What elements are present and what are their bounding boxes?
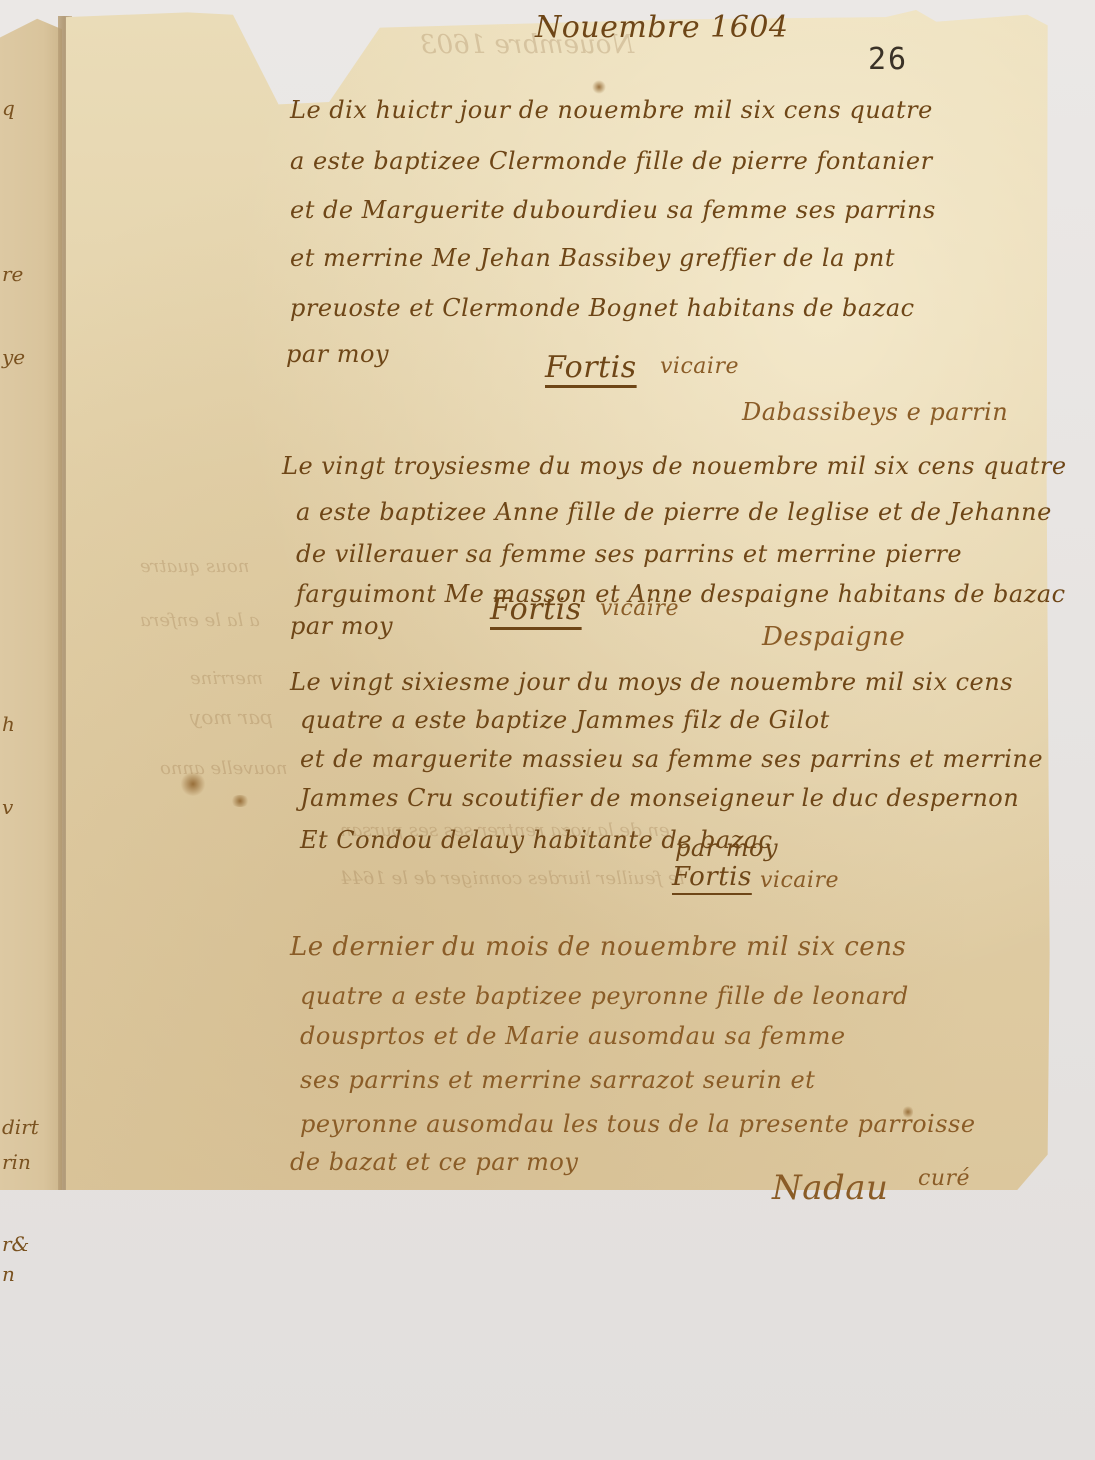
priest-signature: Fortis [490, 592, 582, 627]
entry-line: quatre a este baptize Jammes filz de Gil… [300, 706, 830, 734]
entry-line: preuoste et Clermonde Bognet habitans de… [290, 294, 915, 322]
entry-line: de villerauer sa femme ses parrins et me… [296, 540, 962, 568]
priest-signature: Fortis [672, 862, 752, 892]
entry-line: par moy [290, 612, 393, 640]
entry-line: a este baptizee Clermonde fille de pierr… [290, 147, 933, 175]
entry-line: peyronne ausomdau les tous de la present… [300, 1110, 976, 1138]
entry-line: Le dix huictr jour de nouembre mil six c… [290, 96, 933, 124]
marginal-note: Dabassibeys e parrin [742, 398, 1008, 426]
entry-line: de bazat et ce par moy [290, 1148, 578, 1176]
entry-line: ses parrins et merrine sarrazot seurin e… [300, 1066, 815, 1094]
left-fragment-text: r& [2, 1232, 29, 1256]
left-fragment-text: q [2, 96, 15, 120]
entry-line: quatre a este baptizee peyronne fille de… [300, 982, 909, 1010]
entry-line: Le vingt sixiesme jour du moys de nouemb… [290, 668, 1013, 696]
left-fragment-text: h [2, 712, 15, 736]
signature-title: vicaire [600, 596, 679, 621]
ink-stain [230, 795, 250, 807]
priest-signature: Fortis [545, 350, 637, 385]
entry-line: par moy [286, 340, 389, 368]
entry-line: et merrine Me Jehan Bassibey greffier de… [290, 244, 895, 272]
entry-line: Le vingt troysiesme du moys de nouembre … [282, 452, 1067, 480]
entry-line: a este baptizee Anne fille de pierre de … [296, 498, 1052, 526]
left-fragment-text: ye [2, 345, 25, 369]
entry-line: par moy [675, 834, 778, 862]
entry-line: farguimont Me masson et Anne despaigne h… [296, 580, 1066, 608]
entry-line: et de Marguerite dubourdieu sa femme ses… [290, 196, 936, 224]
ink-stain [180, 772, 206, 796]
entry-line: dousprtos et de Marie ausomdau sa femme [300, 1022, 846, 1050]
curate-signature: Nadau [772, 1168, 888, 1208]
page-header-date: Nouembre 1604 [535, 10, 789, 45]
left-fragment-text: re [2, 262, 23, 286]
left-fragment-text: v [2, 795, 13, 819]
left-fragment-text: n [2, 1262, 15, 1286]
entry-line: Le dernier du mois de nouembre mil six c… [290, 932, 906, 962]
signature-title: vicaire [760, 868, 839, 893]
left-fragment-text: dirt [2, 1115, 39, 1139]
left-fragment-text: rin [2, 1150, 31, 1174]
marginal-note: Despaigne [762, 622, 905, 652]
folio-number: 26 [868, 42, 908, 77]
entry-line: Jammes Cru scoutifier de monseigneur le … [300, 784, 1019, 812]
signature-title: curé [918, 1166, 970, 1191]
left-page-fragment [0, 14, 62, 1190]
entry-line: et de marguerite massieu sa femme ses pa… [300, 745, 1043, 773]
ink-stain [592, 80, 606, 94]
signature-title: vicaire [660, 354, 739, 379]
